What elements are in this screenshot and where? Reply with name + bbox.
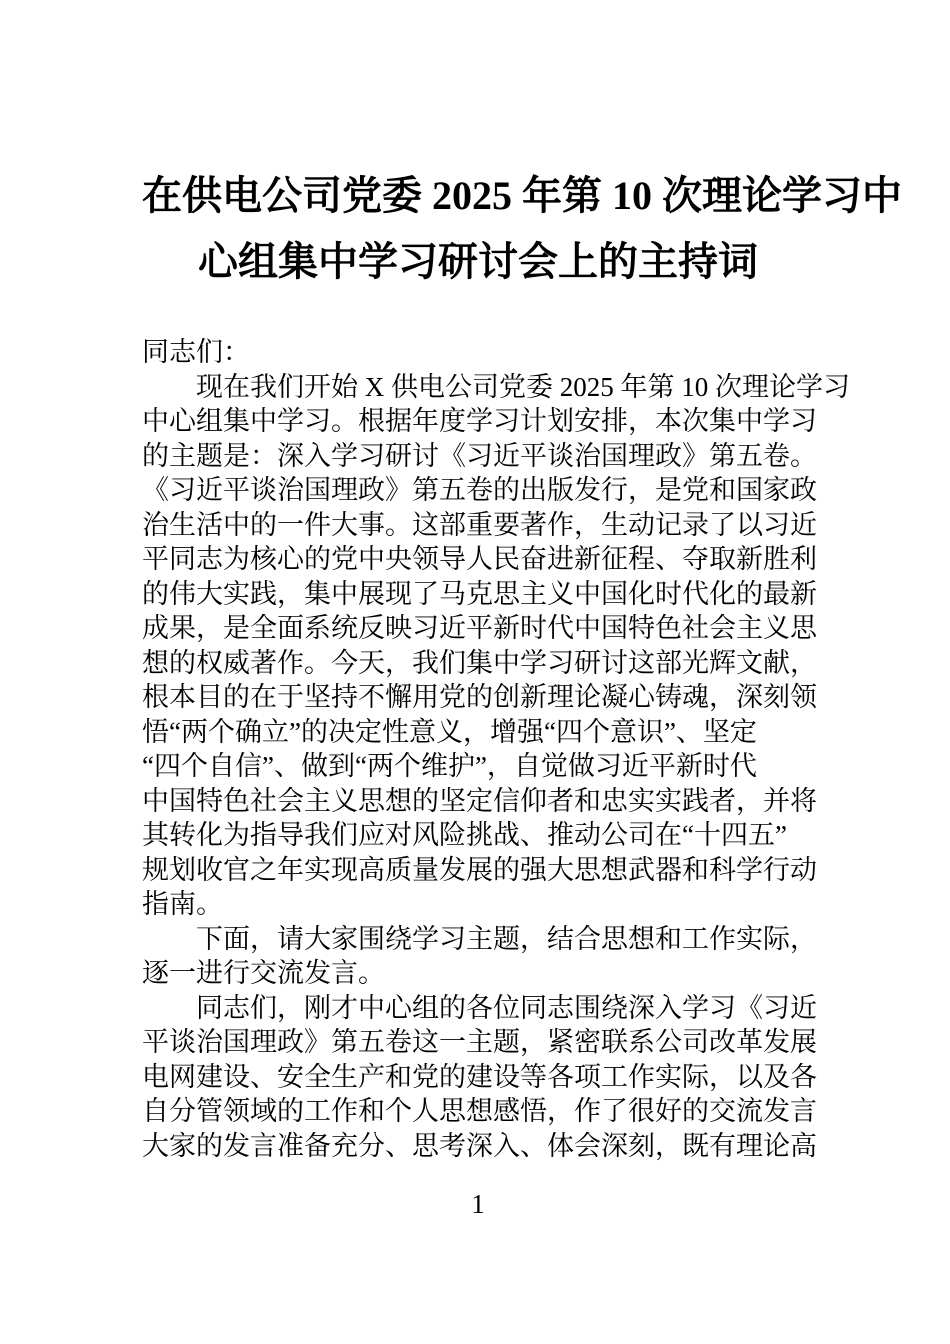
text-line: 平同志为核心的党中央领导人民奋进新征程、夺取新胜利 [142, 542, 814, 577]
page-number: 1 [142, 1187, 814, 1221]
text-line: 下面，请大家围绕学习主题，结合思想和工作实际， [142, 922, 814, 957]
text-line: 平谈治国理政》第五卷这一主题，紧密联系公司改革发展 [142, 1025, 814, 1060]
text-line: 同志们，刚才中心组的各位同志围绕深入学习《习近 [142, 991, 814, 1026]
text-line: 想的权威著作。今天，我们集中学习研讨这部光辉文献， [142, 646, 814, 681]
text-line: “四个自信”、做到“两个维护”，自觉做习近平新时代 [142, 749, 814, 784]
text-line: 成果，是全面系统反映习近平新时代中国特色社会主义思 [142, 611, 814, 646]
text-line: 规划收官之年实现高质量发展的强大思想武器和科学行动 [142, 853, 814, 888]
text-line: 现在我们开始 X 供电公司党委 2025 年第 10 次理论学习 [142, 370, 814, 405]
text-line: 根本目的在于坚持不懈用党的创新理论凝心铸魂，深刻领 [142, 680, 814, 715]
text-line: 的主题是：深入学习研讨《习近平谈治国理政》第五卷。 [142, 439, 814, 474]
text-line: 大家的发言准备充分、思考深入、体会深刻，既有理论高 [142, 1129, 814, 1164]
text-line: 中心组集中学习。根据年度学习计划安排，本次集中学习 [142, 404, 814, 439]
document-body: 同志们： 现在我们开始 X 供电公司党委 2025 年第 10 次理论学习中心组… [142, 335, 814, 1163]
document-page: 在供电公司党委 2025 年第 10 次理论学习中心组集中学习研讨会上的主持词 … [0, 0, 950, 1344]
title-line: 在供电公司党委 2025 年第 10 次理论学习中 [142, 163, 814, 229]
text-line: 中国特色社会主义思想的坚定信仰者和忠实实践者，并将 [142, 784, 814, 819]
text-line: 自分管领域的工作和个人思想感悟，作了很好的交流发言 [142, 1094, 814, 1129]
text-line: 逐一进行交流发言。 [142, 956, 814, 991]
text-line: 治生活中的一件大事。这部重要著作，生动记录了以习近 [142, 508, 814, 543]
text-line: 同志们： [142, 335, 814, 370]
text-line: 其转化为指导我们应对风险挑战、推动公司在“十四五” [142, 818, 814, 853]
text-line: 指南。 [142, 887, 814, 922]
text-line: 电网建设、安全生产和党的建设等各项工作实际，以及各 [142, 1060, 814, 1095]
text-line: 《习近平谈治国理政》第五卷的出版发行，是党和国家政 [142, 473, 814, 508]
text-line: 悟“两个确立”的决定性意义，增强“四个意识”、坚定 [142, 715, 814, 750]
text-line: 的伟大实践，集中展现了马克思主义中国化时代化的最新 [142, 577, 814, 612]
title-line: 心组集中学习研讨会上的主持词 [142, 229, 814, 295]
document-title: 在供电公司党委 2025 年第 10 次理论学习中心组集中学习研讨会上的主持词 [142, 163, 814, 295]
